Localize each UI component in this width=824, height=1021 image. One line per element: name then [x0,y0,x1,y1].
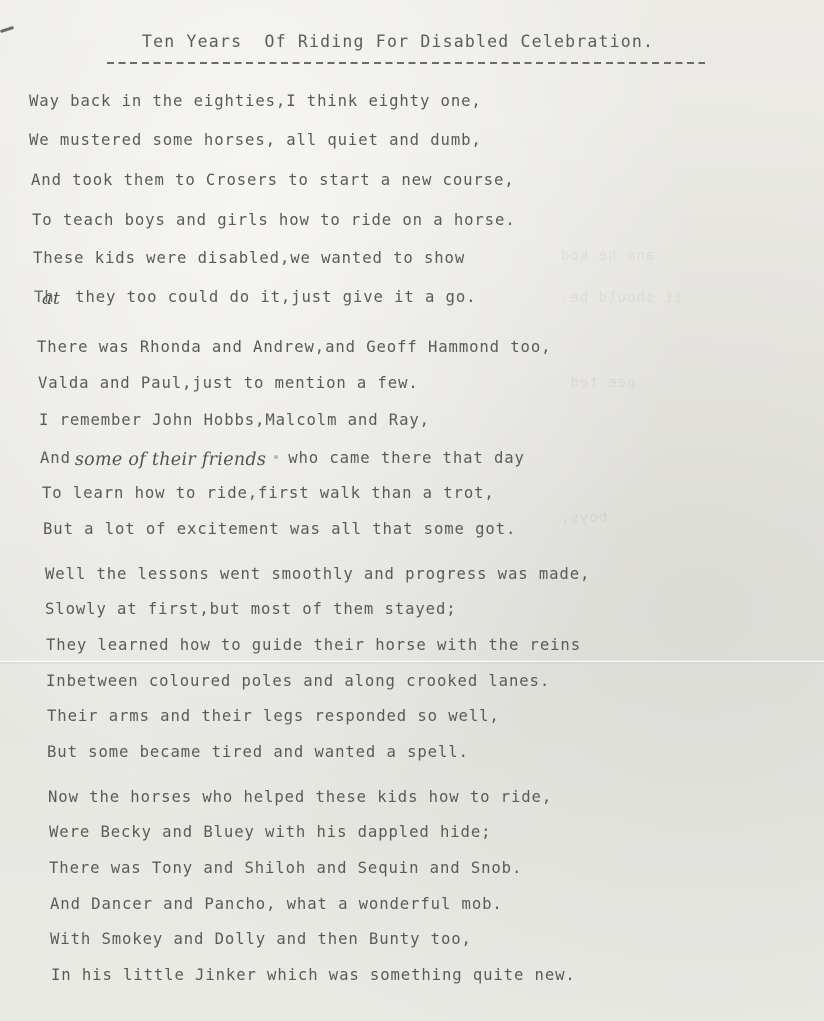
poem-line: To teach boys and girls how to ride on a… [32,211,516,229]
insertion-mark [274,455,278,459]
poem-line: To learn how to ride,first walk than a t… [42,484,495,502]
poem-line: Were Becky and Bluey with his dappled hi… [49,823,491,841]
poem-line: Slowly at first,but most of them stayed; [45,600,457,618]
poem-line: And Dancer and Pancho, what a wonderful … [50,895,503,913]
paper-fold-crease [0,660,824,664]
poem-line: Their arms and their legs responded so w… [47,707,500,725]
poem-line: And took them to Crosers to start a new … [31,171,515,189]
poem-line-with-handwritten-insert: Andsome of their friendswho came there t… [40,448,525,468]
poem-line: These kids were disabled,we wanted to sh… [33,249,465,267]
poem-line: But some became tired and wanted a spell… [47,743,469,761]
handwritten-insertion: some of their friends [75,450,266,470]
poem-line: But a lot of excitement was all that som… [43,520,516,538]
document-title: Ten Years Of Riding For Disabled Celebra… [142,32,654,51]
poem-line-with-handwritten-correction: Thatatthey too could do it,just give it … [34,288,476,306]
poem-line: Inbetween coloured poles and along crook… [46,672,550,690]
poem-line: Now the horses who helped these kids how… [48,788,552,806]
poem-line: Way back in the eighties,I think eighty … [29,92,482,110]
handwritten-overwrite: Thatat [34,288,75,306]
show-through-text: ano he kod [560,248,654,264]
poem-line: There was Tony and Shiloh and Sequin and… [49,859,522,877]
poem-line: With Smokey and Dolly and then Bunty too… [50,930,472,948]
show-through-text: it should be. [560,290,683,306]
show-through-text: boys, [560,510,607,526]
show-through-text: pee ted. [560,375,635,391]
poem-line: In his little Jinker which was something… [51,966,576,984]
poem-line: I remember John Hobbs,Malcolm and Ray, [39,411,430,429]
poem-line: We mustered some horses, all quiet and d… [29,131,482,149]
handwritten-correction: at [42,289,61,309]
poem-line: Valda and Paul,just to mention a few. [38,374,419,392]
title-dashed-underline [107,62,705,64]
poem-line: They learned how to guide their horse wi… [46,636,581,654]
poem-line: Well the lessons went smoothly and progr… [45,565,590,583]
poem-line: There was Rhonda and Andrew,and Geoff Ha… [37,338,551,356]
